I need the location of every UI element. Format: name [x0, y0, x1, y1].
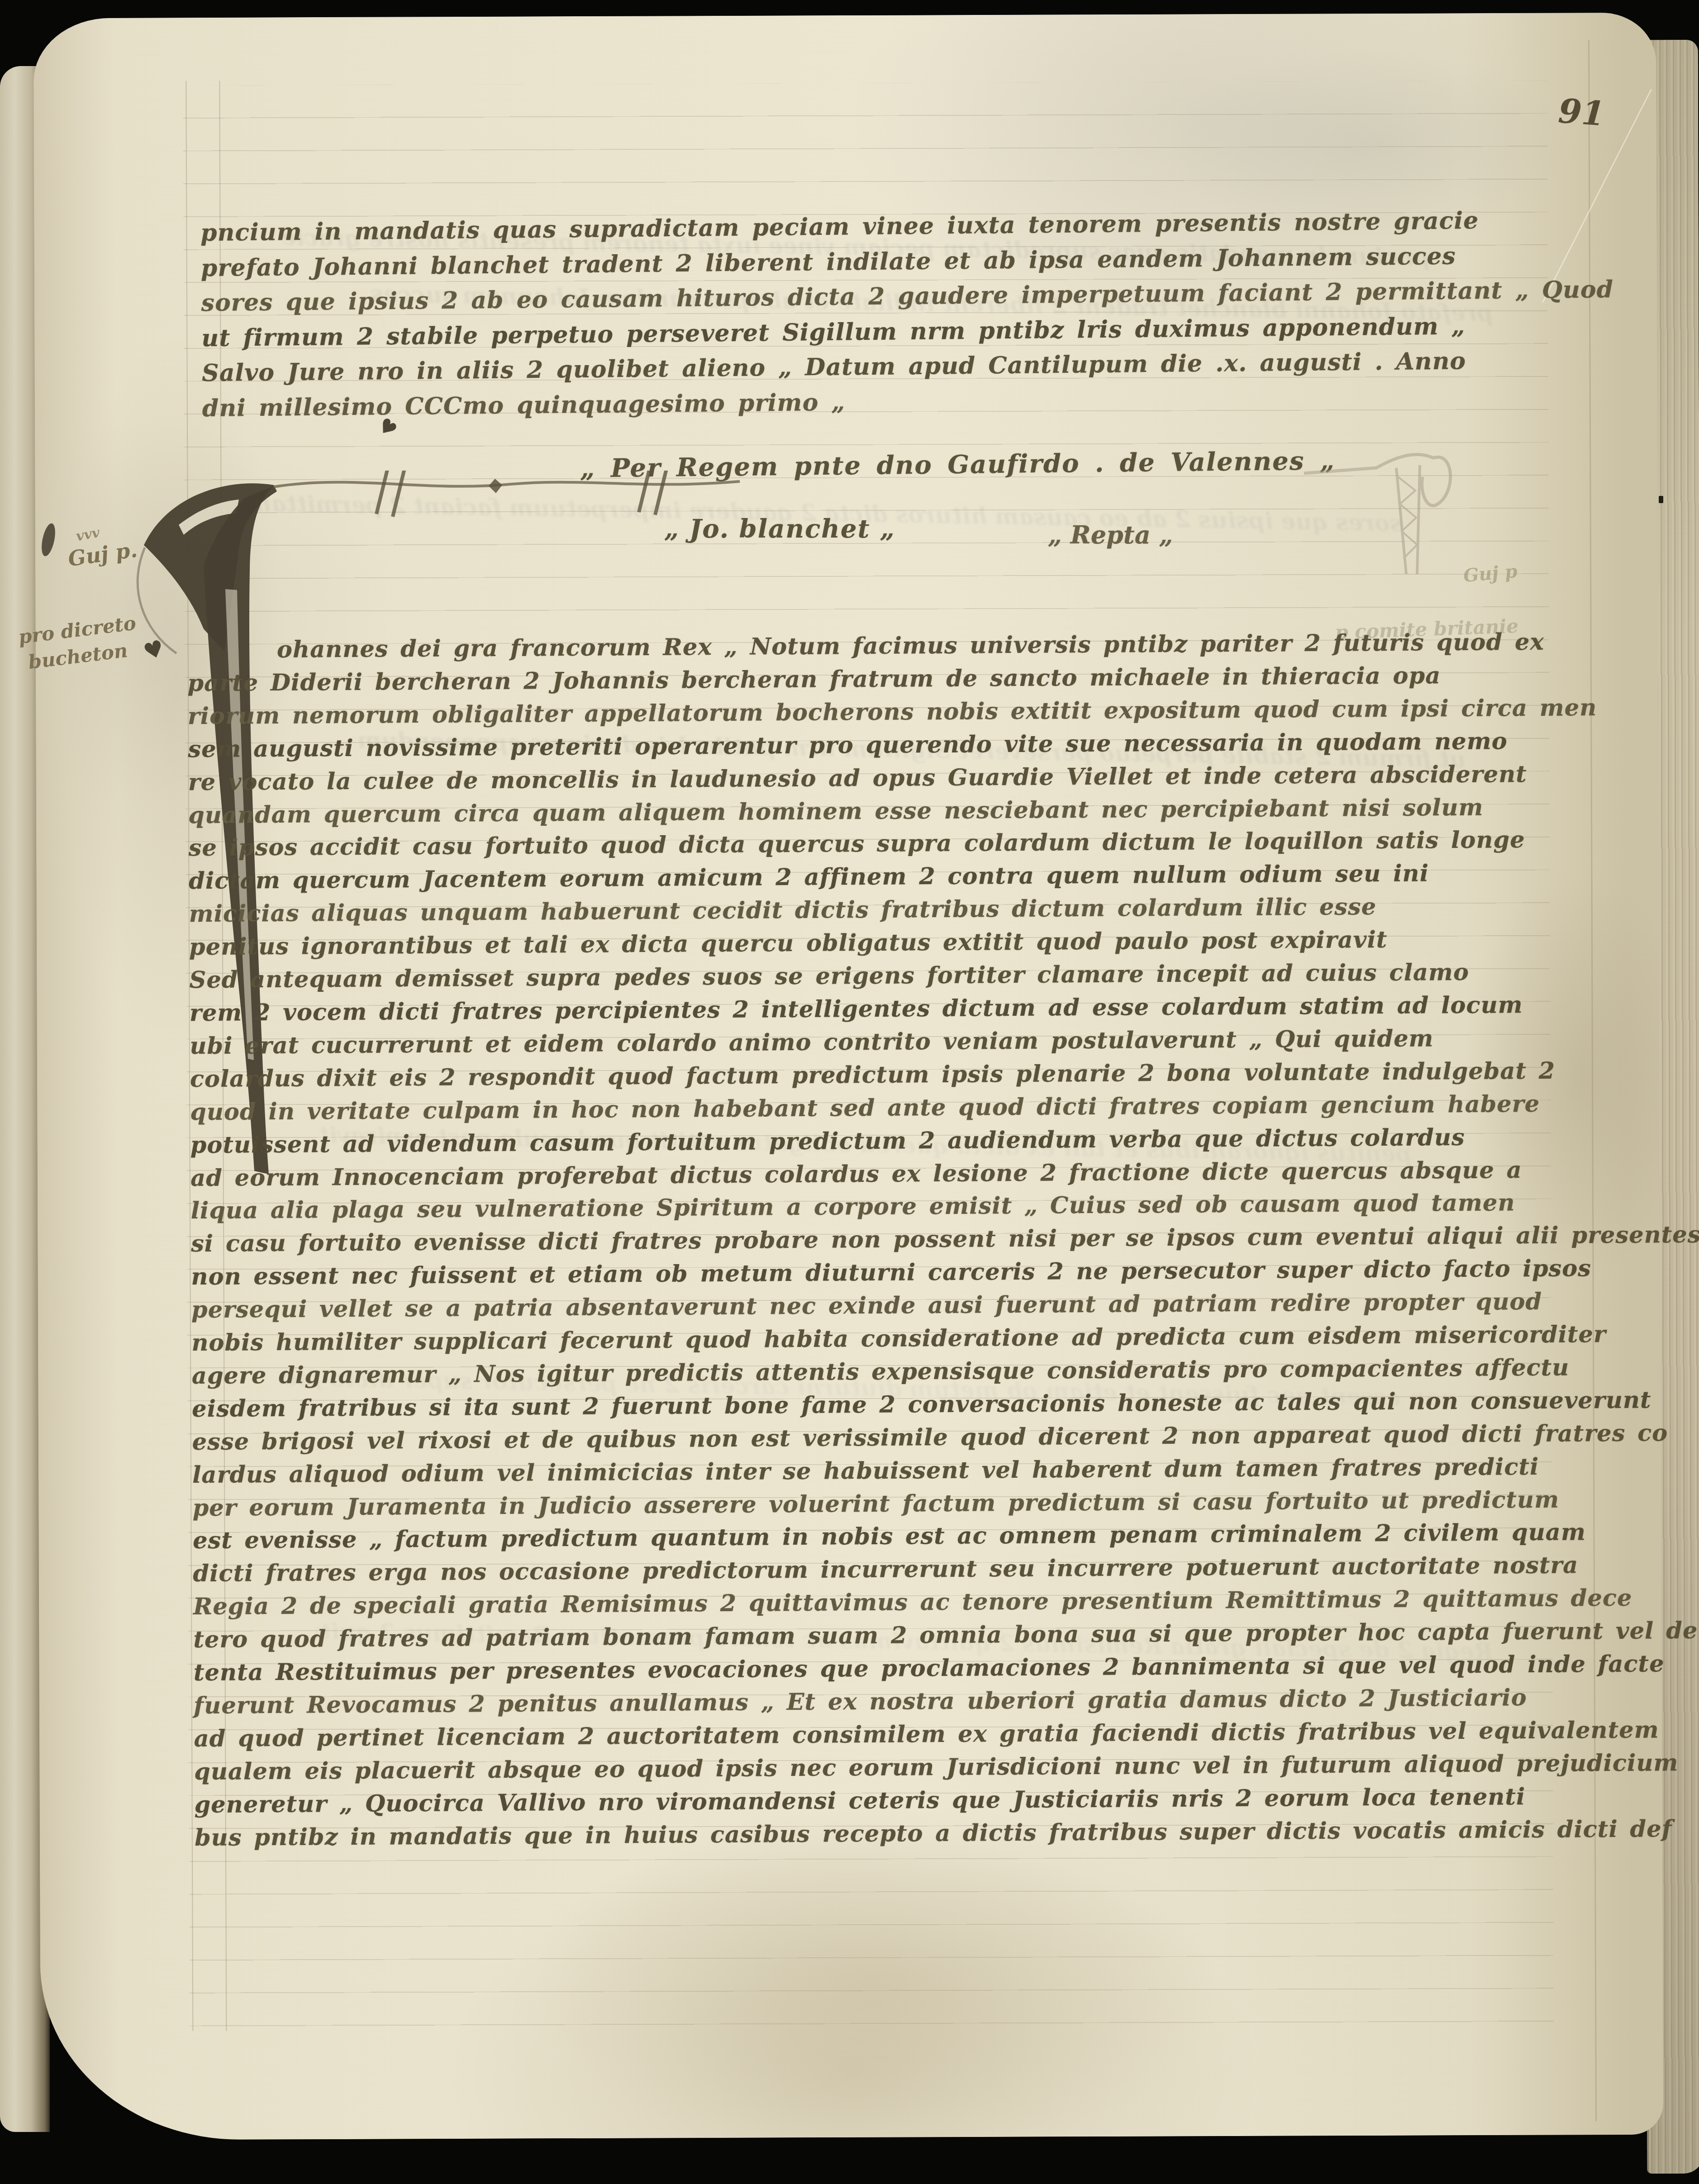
- offset-ornament-ghost: [1303, 423, 1459, 574]
- ornament-drawing: [1303, 423, 1459, 574]
- registration-mark: „ Repta „: [1048, 520, 1173, 549]
- ink-speck: [1659, 496, 1663, 503]
- main-paragraph: ohannes dei gra francorum Rex „ Notum fa…: [187, 626, 1545, 1855]
- manuscript-photo: { "document": { "folio_number": "91", "t…: [0, 0, 1699, 2184]
- folio-number: 91: [1557, 92, 1606, 134]
- top-paragraph: pncium in mandatis quas supradictam peci…: [200, 203, 1535, 426]
